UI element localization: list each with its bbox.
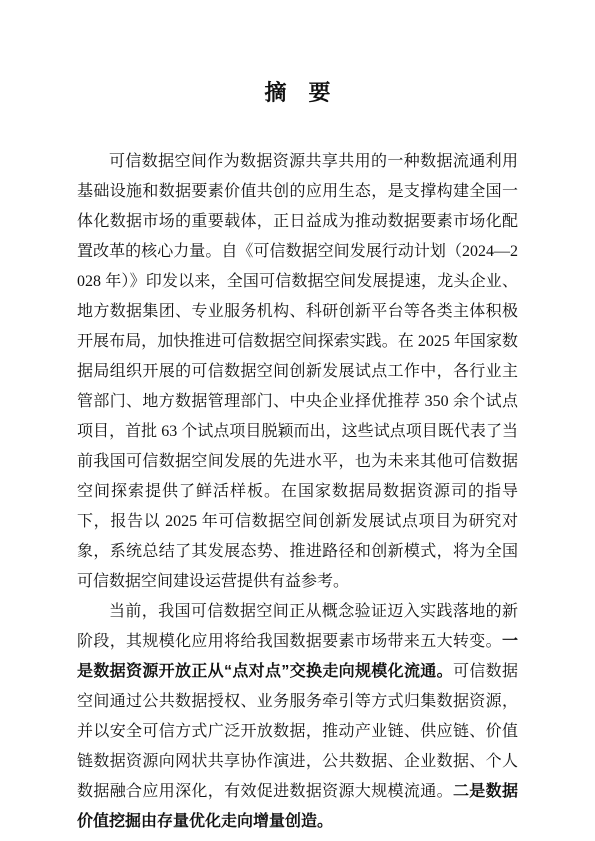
paragraph-2: 当前，我国可信数据空间正从概念验证迈入实践落地的新阶段，其规模化应用将给我国数据… [77, 597, 518, 837]
text-segment: 可信数据空间通过公共数据授权、业务服务牵引等方式归集数据资源，并以安全可信方式广… [77, 663, 518, 800]
page-title: 摘 要 [77, 80, 518, 106]
abstract-body: 可信数据空间作为数据资源共享共用的一种数据流通利用基础设施和数据要素价值共创的应… [77, 147, 518, 837]
paragraph-1: 可信数据空间作为数据资源共享共用的一种数据流通利用基础设施和数据要素价值共创的应… [77, 147, 518, 597]
text-segment: 当前，我国可信数据空间正从概念验证迈入实践落地的新阶段，其规模化应用将给我国数据… [77, 603, 518, 650]
text-segment: 可信数据空间作为数据资源共享共用的一种数据流通利用基础设施和数据要素价值共创的应… [77, 153, 518, 590]
document-page: 摘 要 可信数据空间作为数据资源共享共用的一种数据流通利用基础设施和数据要素价值… [0, 0, 595, 841]
